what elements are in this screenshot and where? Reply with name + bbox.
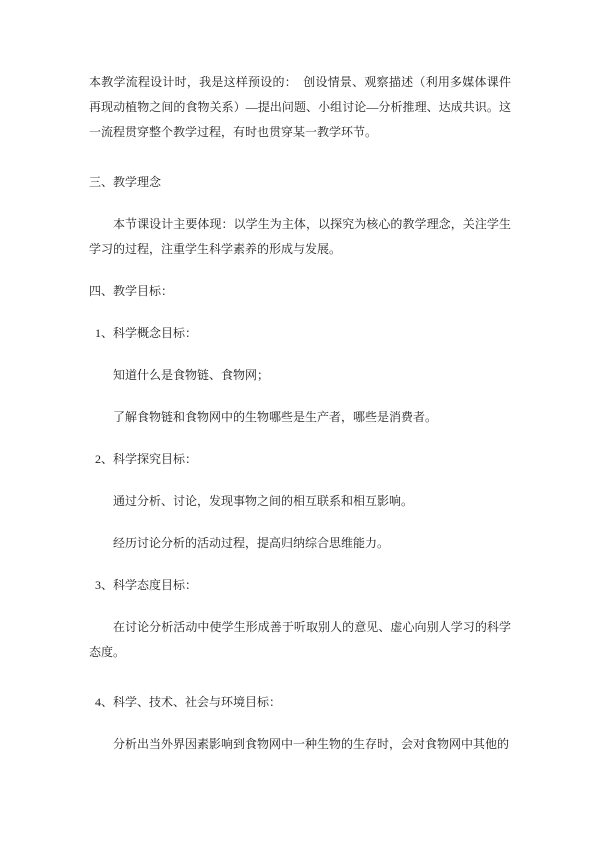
paragraph: 在讨论分析活动中使学生形成善于听取别人的意见、虚心向别人学习的科学态度。 [89,615,511,665]
numbered-item: 1、科学概念目标： [89,321,511,346]
paragraph: 通过分析、讨论，发现事物之间的相互联系和相互影响。 [89,489,511,514]
document-body: 本教学流程设计时，我是这样预设的： 创设情景、观察描述（利用多媒体课件再现动植物… [89,70,511,757]
paragraph: 经历讨论分析的活动过程，提高归纳综合思维能力。 [89,531,511,556]
paragraph: 本教学流程设计时，我是这样预设的： 创设情景、观察描述（利用多媒体课件再现动植物… [89,70,511,145]
section-heading: 三、教学理念 [89,162,511,195]
numbered-item: 2、科学探究目标： [89,447,511,472]
paragraph: 分析出当外界因素影响到食物网中一种生物的生存时，会对食物网中其他的 [89,732,511,757]
paragraph: 了解食物链和食物网中的生物哪些是生产者，哪些是消费者。 [89,405,511,430]
paragraph: 本节课设计主要体现：以学生为主体，以探究为核心的教学理念，关注学生学习的过程，注… [89,212,511,262]
paragraph: 知道什么是食物链、食物网； [89,363,511,388]
section-heading: 四、教学目标： [89,279,511,304]
document-page: 本教学流程设计时，我是这样预设的： 创设情景、观察描述（利用多媒体课件再现动植物… [0,0,595,842]
numbered-item: 3、科学态度目标： [89,573,511,598]
numbered-item: 4、科学、技术、社会与环境目标： [89,682,511,715]
